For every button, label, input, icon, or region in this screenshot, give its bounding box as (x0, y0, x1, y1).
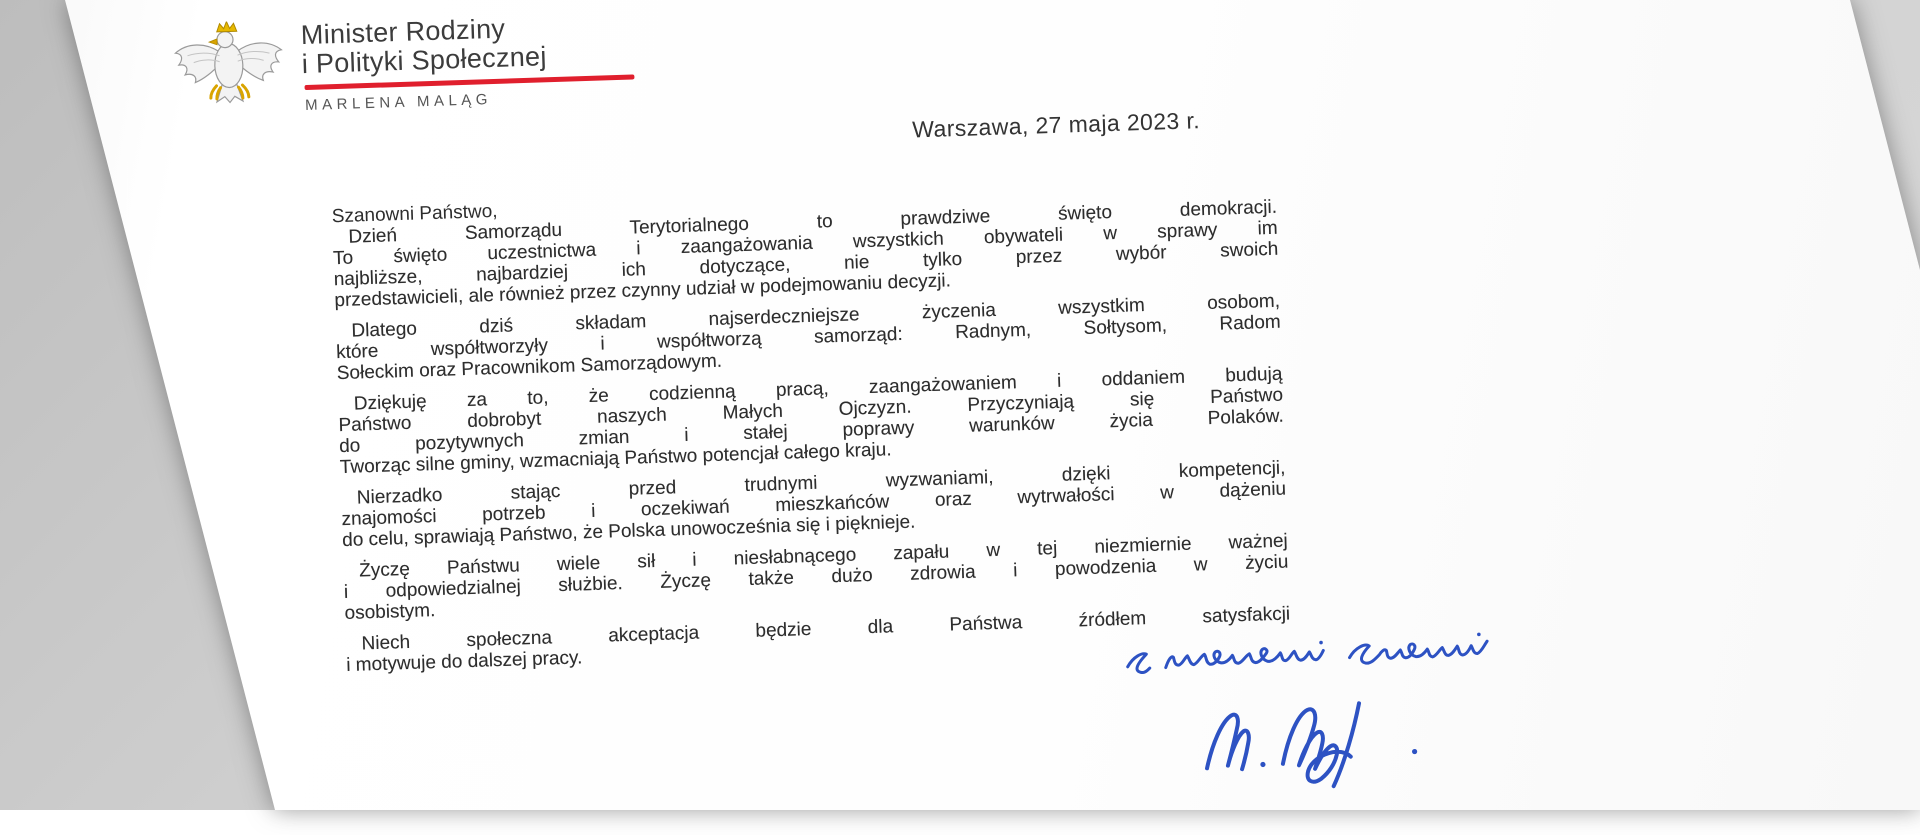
ministry-name: Minister Rodziny i Polityki Społecznej (300, 13, 547, 79)
letter-paragraph: Dziękuję za to, że codzienną pracą, zaan… (337, 364, 1284, 478)
eagle-icon (168, 20, 291, 110)
signature-block (1110, 604, 1596, 799)
polish-eagle-emblem (168, 20, 291, 110)
letter-document: Minister Rodziny i Polityki Społecznej M… (150, 0, 1535, 800)
valediction-handwriting (1127, 632, 1488, 673)
dateline: Warszawa, 27 maja 2023 r. (912, 107, 1201, 143)
letter-body: Szanowni Państwo, Dzień Samorządu Teryto… (331, 176, 1291, 686)
signature-handwriting (1205, 702, 1418, 791)
ministry-name-line2: i Polityki Społecznej (301, 42, 547, 79)
minister-name: MARLENA MALĄG (305, 91, 492, 114)
